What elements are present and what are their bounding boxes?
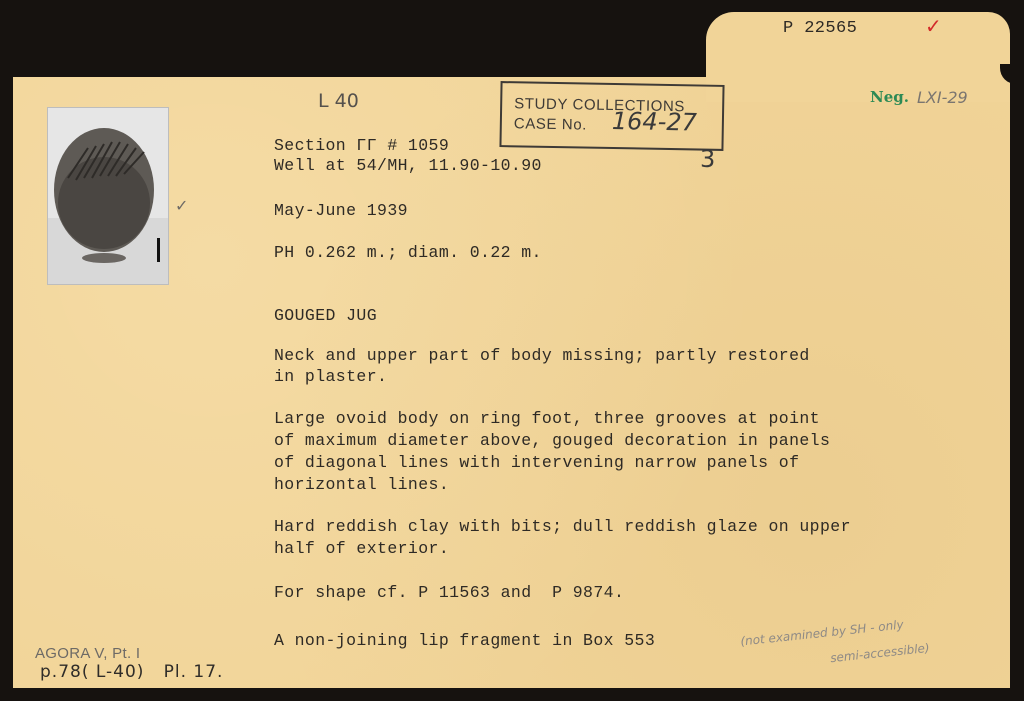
description-line: horizontal lines. xyxy=(274,474,449,496)
photo-check-icon: ✓ xyxy=(175,196,188,215)
artifact-photo xyxy=(47,107,169,285)
date-line: May-June 1939 xyxy=(274,200,408,222)
section-line: Section ΓΓ # 1059 xyxy=(274,135,449,157)
agora-reference: AGORA V, Pt. I xyxy=(35,645,140,662)
dimensions-line: PH 0.262 m.; diam. 0.22 m. xyxy=(274,242,542,264)
case-suffix: 3 xyxy=(700,145,715,173)
stamp-line-2: CASE No. xyxy=(514,115,587,133)
study-collections-stamp: STUDY COLLECTIONS CASE No. 164-27 xyxy=(499,81,724,151)
catalog-number: P 22565 xyxy=(783,18,857,40)
comparanda-line: For shape cf. P 11563 and P 9874. xyxy=(274,582,624,604)
description-line: Neck and upper part of body missing; par… xyxy=(274,345,810,367)
neg-number: LXI-29 xyxy=(917,88,968,107)
fragment-line: A non-joining lip fragment in Box 553 xyxy=(274,630,655,652)
description-line: in plaster. xyxy=(274,366,387,388)
fabric-line: Hard reddish clay with bits; dull reddis… xyxy=(274,516,851,538)
well-line: Well at 54/MH, 11.90-10.90 xyxy=(274,155,542,177)
lot-note: L 40 xyxy=(318,90,359,112)
fabric-line: half of exterior. xyxy=(274,538,449,560)
jug-image-icon xyxy=(48,108,168,284)
object-title: GOUGED JUG xyxy=(274,305,377,327)
neg-label: Neg. xyxy=(870,88,909,106)
description-line: of maximum diameter above, gouged decora… xyxy=(274,430,830,452)
description-line: Large ovoid body on ring foot, three gro… xyxy=(274,408,820,430)
agora-page-reference: p.78( L-40) Pl. 17. xyxy=(40,662,223,682)
red-check-icon: ✓ xyxy=(925,14,942,38)
case-number: 164-27 xyxy=(612,107,697,136)
description-line: of diagonal lines with intervening narro… xyxy=(274,452,799,474)
